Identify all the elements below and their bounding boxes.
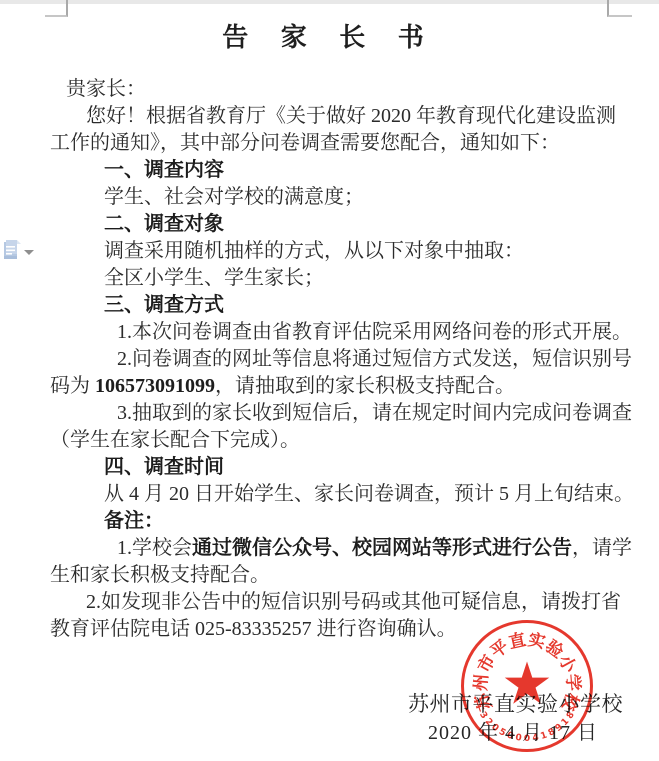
seal-arc-char: 州 [466,673,492,692]
document-line-19: 生和家长积极支持配合。 [0,562,659,589]
text-segment: 3.抽取到的家长收到短信后，请在规定时间内完成问卷调查 [117,402,632,424]
text-segment: 贵家长： [66,78,146,100]
text-segment: 学生、社会对学校的满意度； [104,186,364,208]
document-line-8: 全区小学生、学生家长； [0,265,659,292]
text-segment: 2.问卷调查的网址等信息将通过短信方式发送，短信识别号 [117,348,632,370]
text-segment: 四、调查时间 [104,456,224,478]
document-line-1: 贵家长： [0,76,659,103]
document-title: 告 家 长 书 [0,17,659,54]
document-body: 贵家长：您好！根据省教育厅《关于做好 2020 年教育现代化建设监测工作的通知》… [0,76,659,643]
text-segment: 1.学校会 [117,537,192,559]
document-line-6: 二、调查对象 [0,211,659,238]
document-line-5: 学生、社会对学校的满意度； [0,184,659,211]
text-segment: 106573091099 [95,375,215,397]
document-line-3: 工作的通知》，其中部分问卷调查需要您配合，通知如下： [0,130,659,157]
document-line-18: 1.学校会通过微信公众号、校园网站等形式进行公告，请学 [0,535,659,562]
official-seal: ★ 苏州市平直实验小学校3205000418918 [461,620,593,752]
text-segment: 生和家长积极支持配合。 [50,564,270,586]
window-background-strip [0,0,659,4]
document-line-16: 从 4 月 20 日开始学生、家长问卷调查，预计 5 月上旬结束。 [0,481,659,508]
document-line-15: 四、调查时间 [0,454,659,481]
text-segment: 全区小学生、学生家长； [104,267,324,289]
document-line-12: 码为 106573091099，请抽取到的家长积极支持配合。 [0,373,659,400]
document-line-17: 备注： [0,508,659,535]
text-segment: 1.本次问卷调查由省教育评估院采用网络问卷的形式开展。 [117,321,632,343]
document-line-7: 调查采用随机抽样的方式，从以下对象中抽取： [0,238,659,265]
text-segment: 教育评估院电话 025-83335257 进行咨询确认。 [50,618,457,640]
document-line-10: 1.本次问卷调查由省教育评估院采用网络问卷的形式开展。 [0,319,659,346]
text-segment: 备注： [104,510,164,532]
text-segment: 通过微信公众号、校园网站等形式进行公告 [192,537,572,559]
seal-arc-char: 学 [562,673,588,692]
page-corner-mark-left [45,0,68,17]
document-line-13: 3.抽取到的家长收到短信后，请在规定时间内完成问卷调查 [0,400,659,427]
text-segment: 码为 [50,375,95,397]
text-segment: 2.如发现非公告中的短信识别号码或其他可疑信息，请拨打省 [86,591,621,613]
text-segment: 工作的通知》，其中部分问卷调查需要您配合，通知如下： [50,132,560,154]
seal-star-icon: ★ [501,655,553,713]
document-line-20: 2.如发现非公告中的短信识别号码或其他可疑信息，请拨打省 [0,589,659,616]
text-segment: 您好！根据省教育厅《关于做好 2020 年教育现代化建设监测 [86,105,616,127]
text-segment: 三、调查方式 [104,294,224,316]
page-corner-mark-right [607,0,632,17]
document-page: 告 家 长 书 贵家长：您好！根据省教育厅《关于做好 2020 年教育现代化建设… [0,0,659,761]
document-line-11: 2.问卷调查的网址等信息将通过短信方式发送，短信识别号 [0,346,659,373]
document-line-2: 您好！根据省教育厅《关于做好 2020 年教育现代化建设监测 [0,103,659,130]
seal-code-digit: 0 [524,734,530,744]
document-line-4: 一、调查内容 [0,157,659,184]
text-segment: （学生在家长配合下完成）。 [50,429,300,451]
paste-options-dropdown-caret[interactable] [24,250,34,255]
document-line-14: （学生在家长配合下完成）。 [0,427,659,454]
text-segment: 二、调查对象 [104,213,224,235]
text-segment: ，请学 [572,537,632,559]
text-segment: 一、调查内容 [104,159,224,181]
text-segment: ，请抽取到的家长积极支持配合。 [215,375,515,397]
paste-icon [3,239,22,261]
text-segment: 调查采用随机抽样的方式，从以下对象中抽取： [104,240,524,262]
text-segment: 从 4 月 20 日开始学生、家长问卷调查，预计 5 月上旬结束。 [104,483,634,505]
document-line-9: 三、调查方式 [0,292,659,319]
